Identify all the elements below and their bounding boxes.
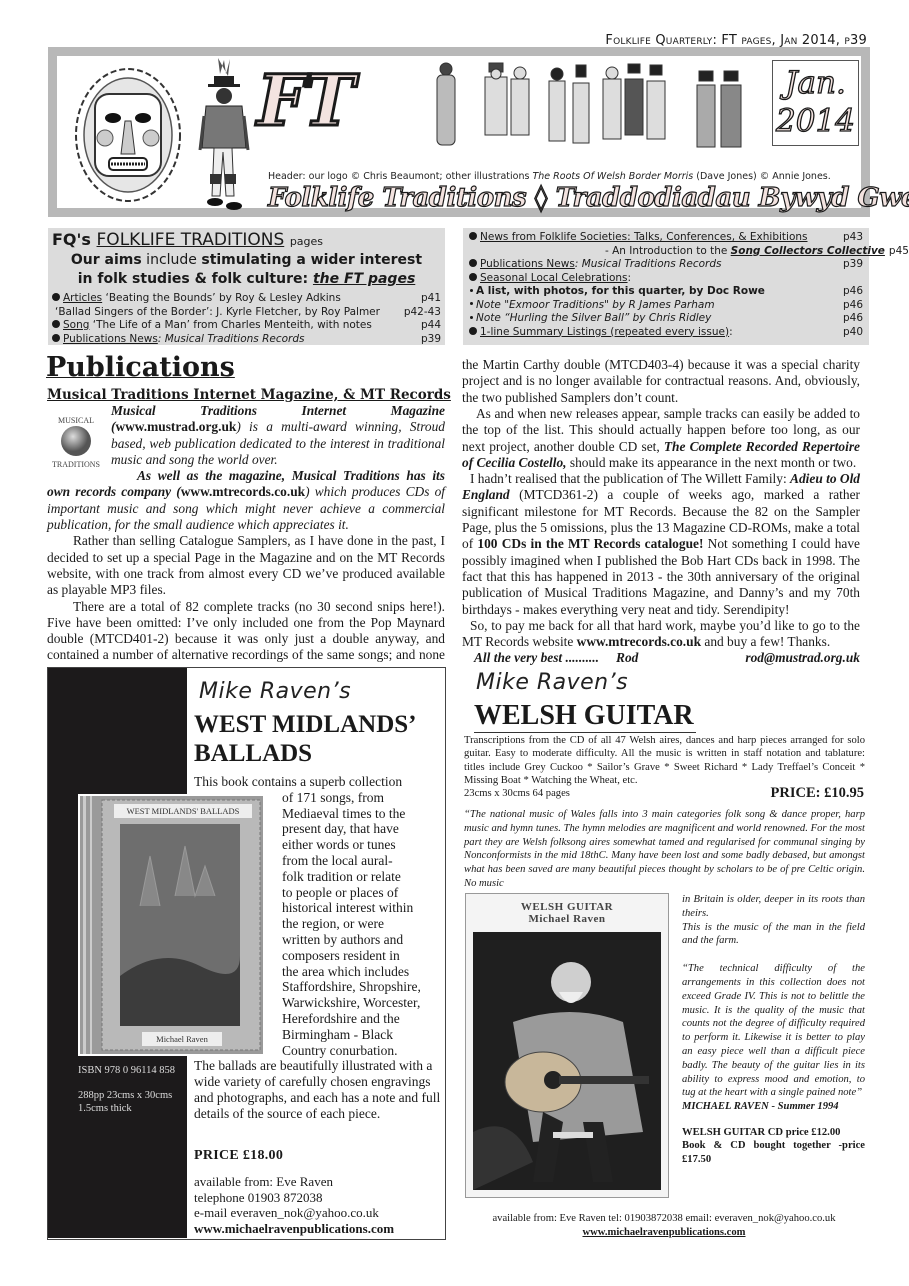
- toc-section: Articles: [63, 292, 102, 304]
- section-heading: Publications: [46, 352, 235, 383]
- contact-block: available from: Eve Raven telephone 0190…: [194, 1174, 394, 1236]
- toc-page: p46: [843, 285, 863, 299]
- svg-text:MUSICAL: MUSICAL: [58, 416, 94, 425]
- toc-item[interactable]: Articles ‘Beating the Bounds’ by Roy & L…: [52, 292, 441, 306]
- toc-section: Publications News: [63, 333, 158, 345]
- footer-contact: available from: Eve Raven tel: 019038720…: [462, 1212, 866, 1226]
- header-banner: FT Jan. 2014 Header: our logo © Chris Be…: [48, 47, 870, 217]
- cd-price: WELSH GUITAR CD price £12.00: [682, 1126, 865, 1139]
- ad-side-text: in Britain is older, deeper in its roots…: [682, 893, 865, 1166]
- toc-item[interactable]: Seasonal Local Celebrations:: [469, 272, 863, 286]
- toc-page: p39: [421, 333, 441, 347]
- cover-caption: WELSH GUITAR Michael Raven: [466, 894, 668, 925]
- mustrad-link[interactable]: www.mustrad.org.uk: [115, 419, 236, 434]
- quote-author: MICHAEL RAVEN - Summer 1994: [682, 1100, 865, 1114]
- aims-statement: Our aims include stimulating a wider int…: [52, 251, 441, 289]
- ad-footer: available from: Eve Raven tel: 019038720…: [462, 1212, 866, 1239]
- toc-text: - An Introduction to the: [605, 245, 731, 257]
- bullet-icon: [469, 327, 477, 335]
- toc-item[interactable]: News from Folklife Societies: Talks, Con…: [469, 231, 863, 245]
- green-man-mask-logo-icon: [73, 66, 183, 204]
- small-bullet-icon: [470, 302, 473, 305]
- header-credit: Header: our logo © Chris Beaumont; other…: [268, 171, 831, 182]
- paragraph-text: should make its appearance in the next m…: [567, 455, 857, 470]
- aims-ft-pages: the FT pages: [313, 271, 415, 287]
- toc-item[interactable]: Publications News: Musical Traditions Re…: [52, 333, 441, 347]
- website-link[interactable]: www.michaelravenpublications.com: [194, 1221, 394, 1236]
- toc-item[interactable]: ‘Ballad Singers of the Border’: J. Kyrle…: [52, 306, 441, 320]
- ft-logo: FT: [257, 66, 351, 136]
- ad-quote: “The national music of Wales falls into …: [464, 808, 865, 891]
- desc-line: This book contains a superb collection: [194, 774, 442, 790]
- toc-right-box: News from Folklife Societies: Talks, Con…: [463, 228, 869, 345]
- paragraph-text: the Martin Carthy double (MTCD403-4) bec…: [462, 357, 860, 405]
- aims-a: Our aims: [71, 252, 142, 268]
- ad-title: WELSH GUITAR: [474, 700, 696, 733]
- toc-page: p41: [421, 292, 441, 306]
- issue-month: Jan.: [773, 64, 858, 102]
- bullet-icon: [469, 232, 477, 240]
- author-email-link[interactable]: rod@mustrad.org.uk: [745, 650, 860, 666]
- ad-title: WEST MIDLANDS’ BALLADS: [194, 710, 417, 768]
- author-quote: “The technical difficulty of the arrange…: [682, 962, 865, 1100]
- guitarist-photo-icon: [473, 932, 661, 1190]
- west-midlands-ballads-ad: Mike Raven’s WEST MIDLANDS’ BALLADS This…: [47, 667, 446, 1240]
- bullet-icon: [52, 334, 60, 342]
- isbn: ISBN 978 0 96114 858: [78, 1064, 188, 1077]
- article-subheading: Musical Traditions Internet Magazine, & …: [47, 387, 451, 403]
- paragraph-text: I hadn’t realised that the publication o…: [470, 471, 790, 486]
- toc-left-box: FQ's FOLKLIFE TRADITIONS pages Our aims …: [48, 228, 445, 345]
- article-column-right: the Martin Carthy double (MTCD403-4) bec…: [462, 357, 860, 667]
- toc-text: Note "Exmoor Traditions" by R James Parh…: [476, 299, 715, 311]
- email-link[interactable]: e-mail everaven_nok@yahoo.co.uk: [194, 1205, 394, 1221]
- svg-text:Michael Raven: Michael Raven: [156, 1034, 208, 1044]
- banner-inner: FT Jan. 2014 Header: our logo © Chris Be…: [57, 56, 861, 208]
- morris-dancer-illustration-icon: [190, 56, 258, 218]
- book-specs: ISBN 978 0 96114 858 288pp 23cms x 30cms…: [78, 1064, 188, 1115]
- bundle-price: Book & CD bought together -price £17.50: [682, 1139, 865, 1166]
- toc-item[interactable]: Note "Exmoor Traditions" by R James Parh…: [469, 299, 863, 313]
- toc-page: p43: [843, 231, 863, 245]
- toc-section: News from Folklife Societies: Talks, Con…: [480, 231, 808, 243]
- credit-suffix: (Dave Jones) © Annie Jones.: [693, 171, 831, 182]
- desc-paragraph: Transcriptions from the CD of all 47 Wel…: [464, 734, 865, 787]
- signature-line: All the very best .......... Rod rod@mus…: [462, 650, 860, 666]
- milestone-highlight: 100 CDs in the MT Records catalogue!: [477, 536, 703, 551]
- book-price: PRICE: £10.95: [771, 785, 864, 802]
- mtrecords-link[interactable]: www.mtrecords.co.uk: [577, 634, 701, 649]
- toc-text: ‘The Life of a Man’ from Charles Menteit…: [89, 319, 371, 331]
- book-price: PRICE £18.00: [194, 1148, 283, 1164]
- telephone: telephone 01903 872038: [194, 1190, 394, 1206]
- ad-script-author: Mike Raven’s: [476, 670, 628, 695]
- toc-section: 1-line Summary Listings (repeated every …: [480, 326, 729, 338]
- issue-year: 2014: [773, 102, 858, 140]
- small-bullet-icon: [470, 316, 473, 319]
- toc-text: :: [729, 326, 733, 338]
- toc-section: Publications News: [480, 258, 575, 270]
- toc-text: ‘Beating the Bounds’ by Roy & Lesley Adk…: [102, 292, 341, 304]
- toc-left-list: Articles ‘Beating the Bounds’ by Roy & L…: [52, 292, 441, 346]
- aims-b: include: [142, 252, 202, 268]
- book-cover-image: WEST MIDLANDS' BALLADS Michael Raven: [78, 794, 265, 1056]
- quote-end: This is the music of the man in the fiel…: [682, 921, 865, 949]
- sign-off: All the very best ..........: [474, 650, 599, 666]
- aims-c: stimulating a wider interest: [201, 252, 422, 268]
- svg-text:TRADITIONS: TRADITIONS: [52, 460, 100, 469]
- cover-author: Michael Raven: [466, 913, 668, 925]
- credit-prefix: Header: our logo © Chris Beaumont; other…: [268, 171, 532, 182]
- toc-section: Seasonal Local Celebrations: [480, 272, 628, 284]
- toc-text: ‘Ballad Singers of the Border’: J. Kyrle…: [55, 306, 380, 318]
- desc-paragraph: The ballads are beautifully illustrated …: [194, 1058, 442, 1121]
- toc-item[interactable]: A list, with photos, for this quarter, b…: [469, 285, 863, 299]
- cd-cover-photo: WELSH GUITAR Michael Raven: [465, 893, 669, 1198]
- toc-text: Note “Hurling the Silver Ball” by Chris …: [476, 312, 711, 324]
- credit-title: The Roots Of Welsh Border Morris: [532, 171, 693, 182]
- ad-script-author: Mike Raven’s: [199, 679, 351, 704]
- toc-title: FQ's FOLKLIFE TRADITIONS pages: [52, 230, 441, 250]
- tagline: Folklife Traditions ◊ Traddodiadau Bywyd…: [268, 183, 909, 213]
- toc-item[interactable]: 1-line Summary Listings (repeated every …: [469, 326, 863, 340]
- toc-item[interactable]: - An Introduction to the Song Collectors…: [469, 245, 863, 259]
- ad-title-line1: WEST MIDLANDS’: [194, 710, 417, 739]
- paragraph-continued: the Martin Carthy double (MTCD403-4) bec…: [462, 357, 860, 406]
- paragraph-text: There are a total of 82 complete tracks …: [47, 599, 445, 664]
- dimensions: 288pp 23cms x 30cms 1.5cms thick: [78, 1089, 188, 1115]
- toc-title-suffix: pages: [290, 235, 323, 248]
- toc-title-main: FOLKLIFE TRADITIONS: [97, 230, 285, 250]
- sign-name: Rod: [616, 650, 638, 666]
- paragraph-text: Rather than selling Catalogue Samplers, …: [47, 533, 445, 598]
- toc-item[interactable]: Song ‘The Life of a Man’ from Charles Me…: [52, 319, 441, 333]
- bullet-icon: [469, 273, 477, 281]
- website-link[interactable]: www.michaelravenpublications.com: [462, 1226, 866, 1240]
- bullet-icon: [52, 320, 60, 328]
- running-head: Folklife Quarterly: FT pages, Jan 2014, …: [605, 33, 867, 48]
- paragraph-text: and buy a few! Thanks.: [701, 634, 830, 649]
- toc-section: Song: [63, 319, 89, 331]
- cover-title: WELSH GUITAR: [466, 901, 668, 913]
- toc-link: Song Collectors Collective: [731, 245, 885, 257]
- toc-item[interactable]: Publications News: Musical Traditions Re…: [469, 258, 863, 272]
- toc-page: p39: [843, 258, 863, 272]
- ad-title-line2: BALLADS: [194, 739, 417, 768]
- mtrecords-link[interactable]: www.mtrecords.co.uk: [181, 484, 305, 499]
- toc-text: :: [628, 272, 632, 284]
- toc-page: p45: [889, 245, 909, 259]
- svg-text:WEST MIDLANDS' BALLADS: WEST MIDLANDS' BALLADS: [127, 806, 240, 816]
- bullet-icon: [52, 293, 60, 301]
- toc-page: p46: [843, 312, 863, 326]
- toc-text: A list, with photos, for this quarter, b…: [476, 285, 765, 297]
- issue-date-box: Jan. 2014: [772, 60, 859, 146]
- border-morris-dancers-illustration-icon: [435, 61, 765, 161]
- quote-continued: in Britain is older, deeper in its roots…: [682, 893, 865, 921]
- available-from: available from: Eve Raven: [194, 1174, 394, 1190]
- toc-text: : Musical Traditions Records: [575, 258, 722, 270]
- toc-page: p44: [421, 319, 441, 333]
- musical-traditions-globe-logo-icon: MUSICAL TRADITIONS: [47, 411, 105, 471]
- small-bullet-icon: [470, 289, 473, 292]
- toc-page: p42-43: [404, 306, 441, 320]
- toc-page: p46: [843, 299, 863, 313]
- article-column-left: MUSICAL TRADITIONS Musical Traditions In…: [47, 403, 445, 664]
- cd-pricing: WELSH GUITAR CD price £12.00 Book & CD b…: [682, 1126, 865, 1166]
- toc-item[interactable]: Note “Hurling the Silver Ball” by Chris …: [469, 312, 863, 326]
- toc-page: p40: [843, 326, 863, 340]
- toc-title-prefix: FQ's: [52, 230, 97, 249]
- aims-d: in folk studies & folk culture:: [78, 271, 313, 287]
- toc-text: : Musical Traditions Records: [158, 333, 305, 345]
- bullet-icon: [469, 259, 477, 267]
- book-cover-art-icon: WEST MIDLANDS' BALLADS Michael Raven: [80, 796, 263, 1054]
